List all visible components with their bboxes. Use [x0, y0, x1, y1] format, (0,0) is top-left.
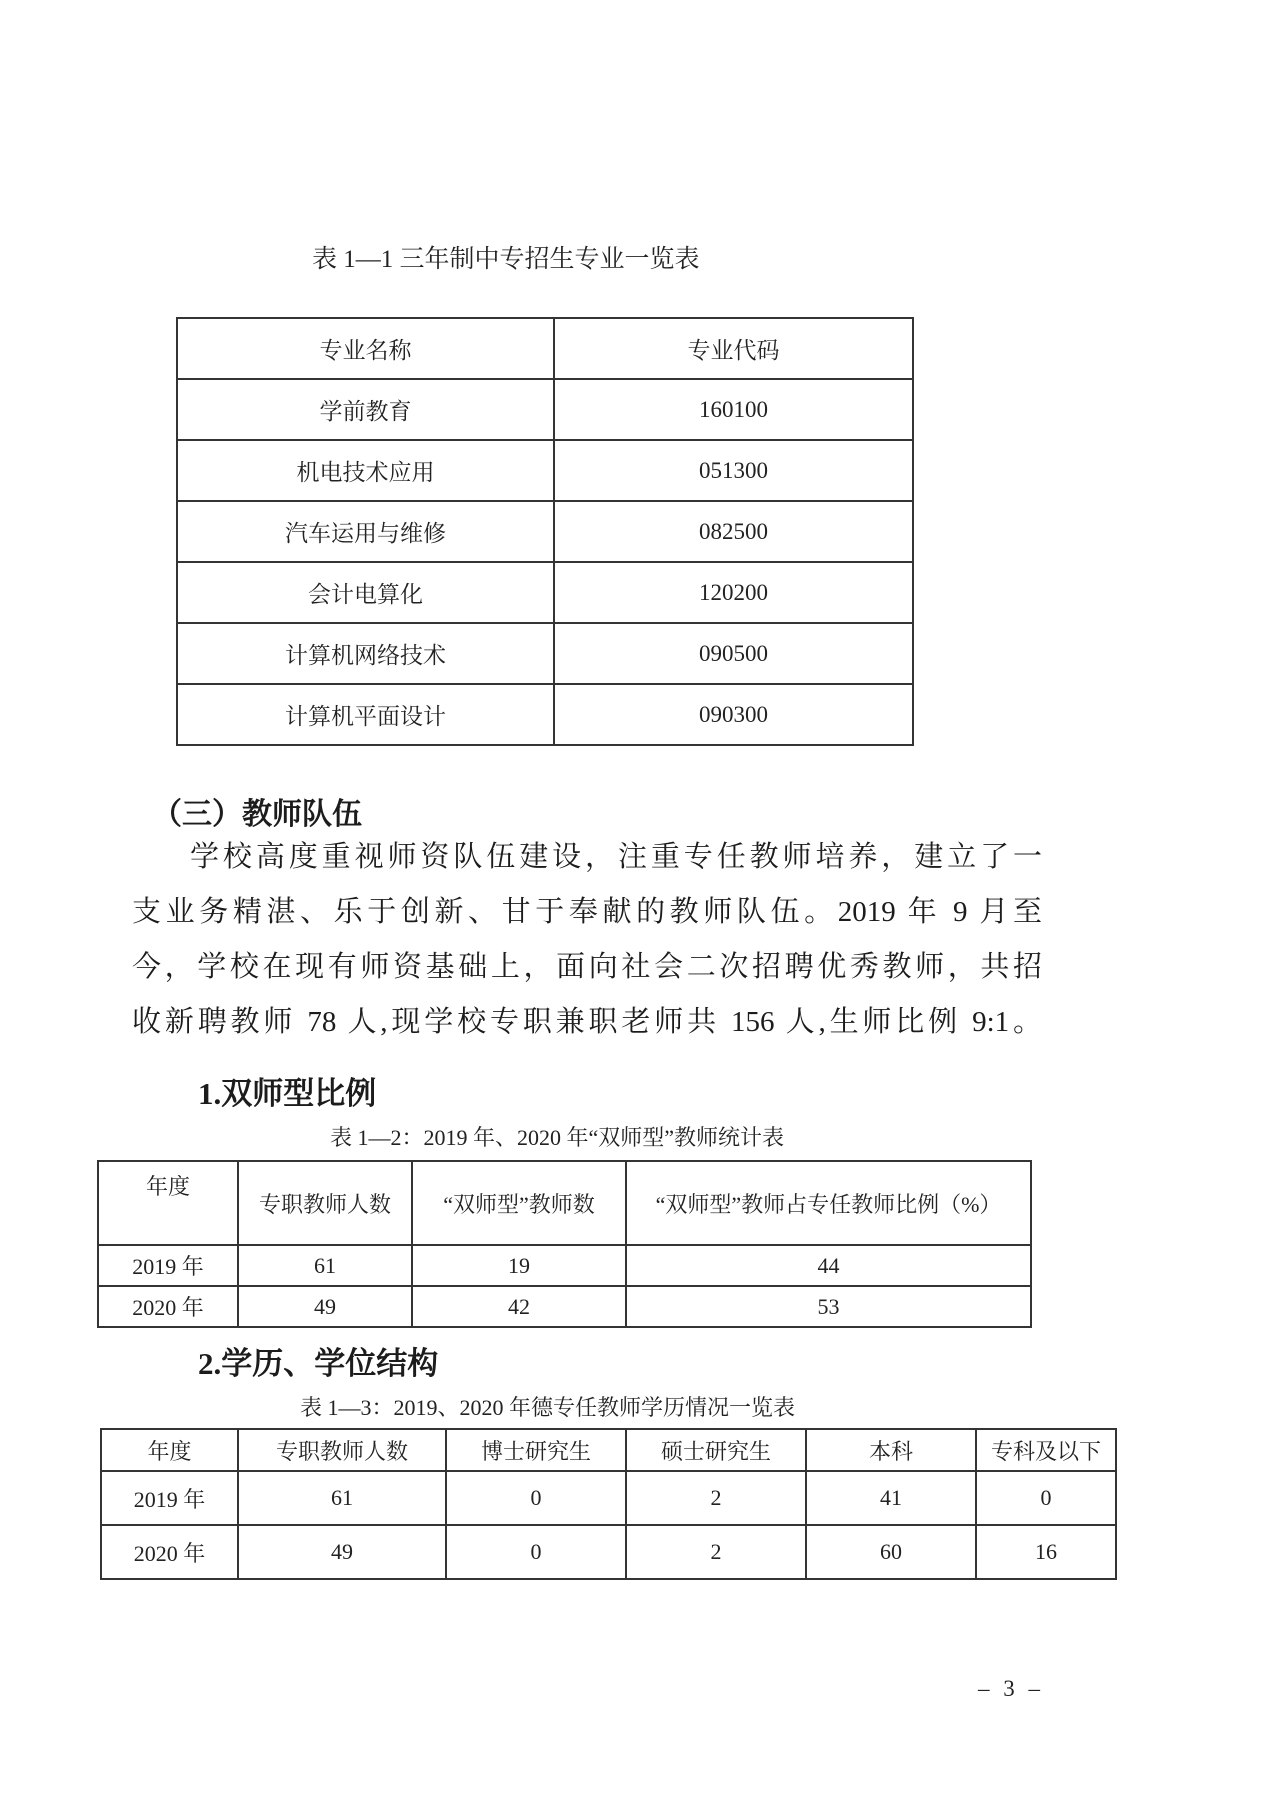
table-row: 计算机网络技术 090500	[177, 623, 913, 684]
year-cell: 2019 年	[101, 1471, 238, 1525]
fulltime-cell: 49	[238, 1525, 446, 1579]
majors-header-code: 专业代码	[554, 318, 913, 379]
major-name-cell: 计算机网络技术	[177, 623, 554, 684]
degree-header-year: 年度	[101, 1429, 238, 1471]
teachers-paragraph: 学校高度重视师资队伍建设，注重专任教师培养，建立了一 支业务精湛、乐于创新、甘于…	[132, 830, 1042, 1050]
table-header-row: 专业名称 专业代码	[177, 318, 913, 379]
major-name-cell: 计算机平面设计	[177, 684, 554, 745]
master-cell: 2	[626, 1525, 806, 1579]
degree-header-fulltime: 专职教师人数	[238, 1429, 446, 1471]
dual-header-count: “双师型”教师数	[412, 1161, 626, 1245]
dual-count-cell: 19	[412, 1245, 626, 1286]
degree-header-below: 专科及以下	[976, 1429, 1116, 1471]
year-cell: 2019 年	[98, 1245, 238, 1286]
below-cell: 0	[976, 1471, 1116, 1525]
dual-header-year: 年度	[98, 1161, 238, 1245]
major-name-cell: 汽车运用与维修	[177, 501, 554, 562]
majors-header-name: 专业名称	[177, 318, 554, 379]
paragraph-line: 收新聘教师 78 人,现学校专职兼职老师共 156 人,生师比例 9:1。	[132, 995, 1042, 1050]
table-row: 2020 年 49 0 2 60 16	[101, 1525, 1116, 1579]
fulltime-cell: 49	[238, 1286, 412, 1327]
degree-structure-table: 年度 专职教师人数 博士研究生 硕士研究生 本科 专科及以下 2019 年 61…	[100, 1428, 1117, 1580]
table3-caption: 表 1—3：2019、2020 年德专任教师学历情况一览表	[300, 1391, 795, 1422]
degree-header-master: 硕士研究生	[626, 1429, 806, 1471]
ratio-cell: 44	[626, 1245, 1031, 1286]
table-row: 2020 年 49 42 53	[98, 1286, 1031, 1327]
dual-header-fulltime: 专职教师人数	[238, 1161, 412, 1245]
subsection-heading-degree-structure: 2.学历、学位结构	[198, 1338, 438, 1383]
dual-header-ratio: “双师型”教师占专任教师比例（%）	[626, 1161, 1031, 1245]
paragraph-line: 支业务精湛、乐于创新、甘于奉献的教师队伍。2019 年 9 月至	[132, 885, 1042, 940]
table-row: 2019 年 61 0 2 41 0	[101, 1471, 1116, 1525]
table-row: 机电技术应用 051300	[177, 440, 913, 501]
table-header-row: 年度 专职教师人数 博士研究生 硕士研究生 本科 专科及以下	[101, 1429, 1116, 1471]
bachelor-cell: 60	[806, 1525, 976, 1579]
fulltime-cell: 61	[238, 1245, 412, 1286]
page-number: – 3 –	[978, 1676, 1044, 1702]
table-row: 2019 年 61 19 44	[98, 1245, 1031, 1286]
table1-caption: 表 1—1 三年制中专招生专业一览表	[312, 239, 700, 275]
paragraph-line: 今，学校在现有师资基础上，面向社会二次招聘优秀教师，共招	[132, 940, 1042, 995]
table-row: 汽车运用与维修 082500	[177, 501, 913, 562]
major-code-cell: 160100	[554, 379, 913, 440]
dual-teacher-table: 年度 专职教师人数 “双师型”教师数 “双师型”教师占专任教师比例（%） 201…	[97, 1160, 1032, 1328]
major-code-cell: 090500	[554, 623, 913, 684]
majors-table: 专业名称 专业代码 学前教育 160100 机电技术应用 051300 汽车运用…	[176, 317, 914, 746]
degree-header-phd: 博士研究生	[446, 1429, 626, 1471]
bachelor-cell: 41	[806, 1471, 976, 1525]
subsection-heading-dual-ratio: 1.双师型比例	[198, 1068, 376, 1113]
section-heading-teachers: （三）教师队伍	[152, 789, 362, 833]
major-code-cell: 051300	[554, 440, 913, 501]
phd-cell: 0	[446, 1471, 626, 1525]
major-code-cell: 120200	[554, 562, 913, 623]
phd-cell: 0	[446, 1525, 626, 1579]
year-cell: 2020 年	[101, 1525, 238, 1579]
major-name-cell: 机电技术应用	[177, 440, 554, 501]
master-cell: 2	[626, 1471, 806, 1525]
major-code-cell: 090300	[554, 684, 913, 745]
fulltime-cell: 61	[238, 1471, 446, 1525]
table2-caption: 表 1—2：2019 年、2020 年“双师型”教师统计表	[330, 1121, 784, 1152]
dual-count-cell: 42	[412, 1286, 626, 1327]
table-header-row: 年度 专职教师人数 “双师型”教师数 “双师型”教师占专任教师比例（%）	[98, 1161, 1031, 1245]
table-row: 计算机平面设计 090300	[177, 684, 913, 745]
major-name-cell: 会计电算化	[177, 562, 554, 623]
ratio-cell: 53	[626, 1286, 1031, 1327]
table-row: 会计电算化 120200	[177, 562, 913, 623]
major-code-cell: 082500	[554, 501, 913, 562]
paragraph-line: 学校高度重视师资队伍建设，注重专任教师培养，建立了一	[132, 830, 1042, 885]
major-name-cell: 学前教育	[177, 379, 554, 440]
degree-header-bachelor: 本科	[806, 1429, 976, 1471]
table-row: 学前教育 160100	[177, 379, 913, 440]
below-cell: 16	[976, 1525, 1116, 1579]
document-page: 表 1—1 三年制中专招生专业一览表 专业名称 专业代码 学前教育 160100…	[0, 0, 1272, 1800]
year-cell: 2020 年	[98, 1286, 238, 1327]
